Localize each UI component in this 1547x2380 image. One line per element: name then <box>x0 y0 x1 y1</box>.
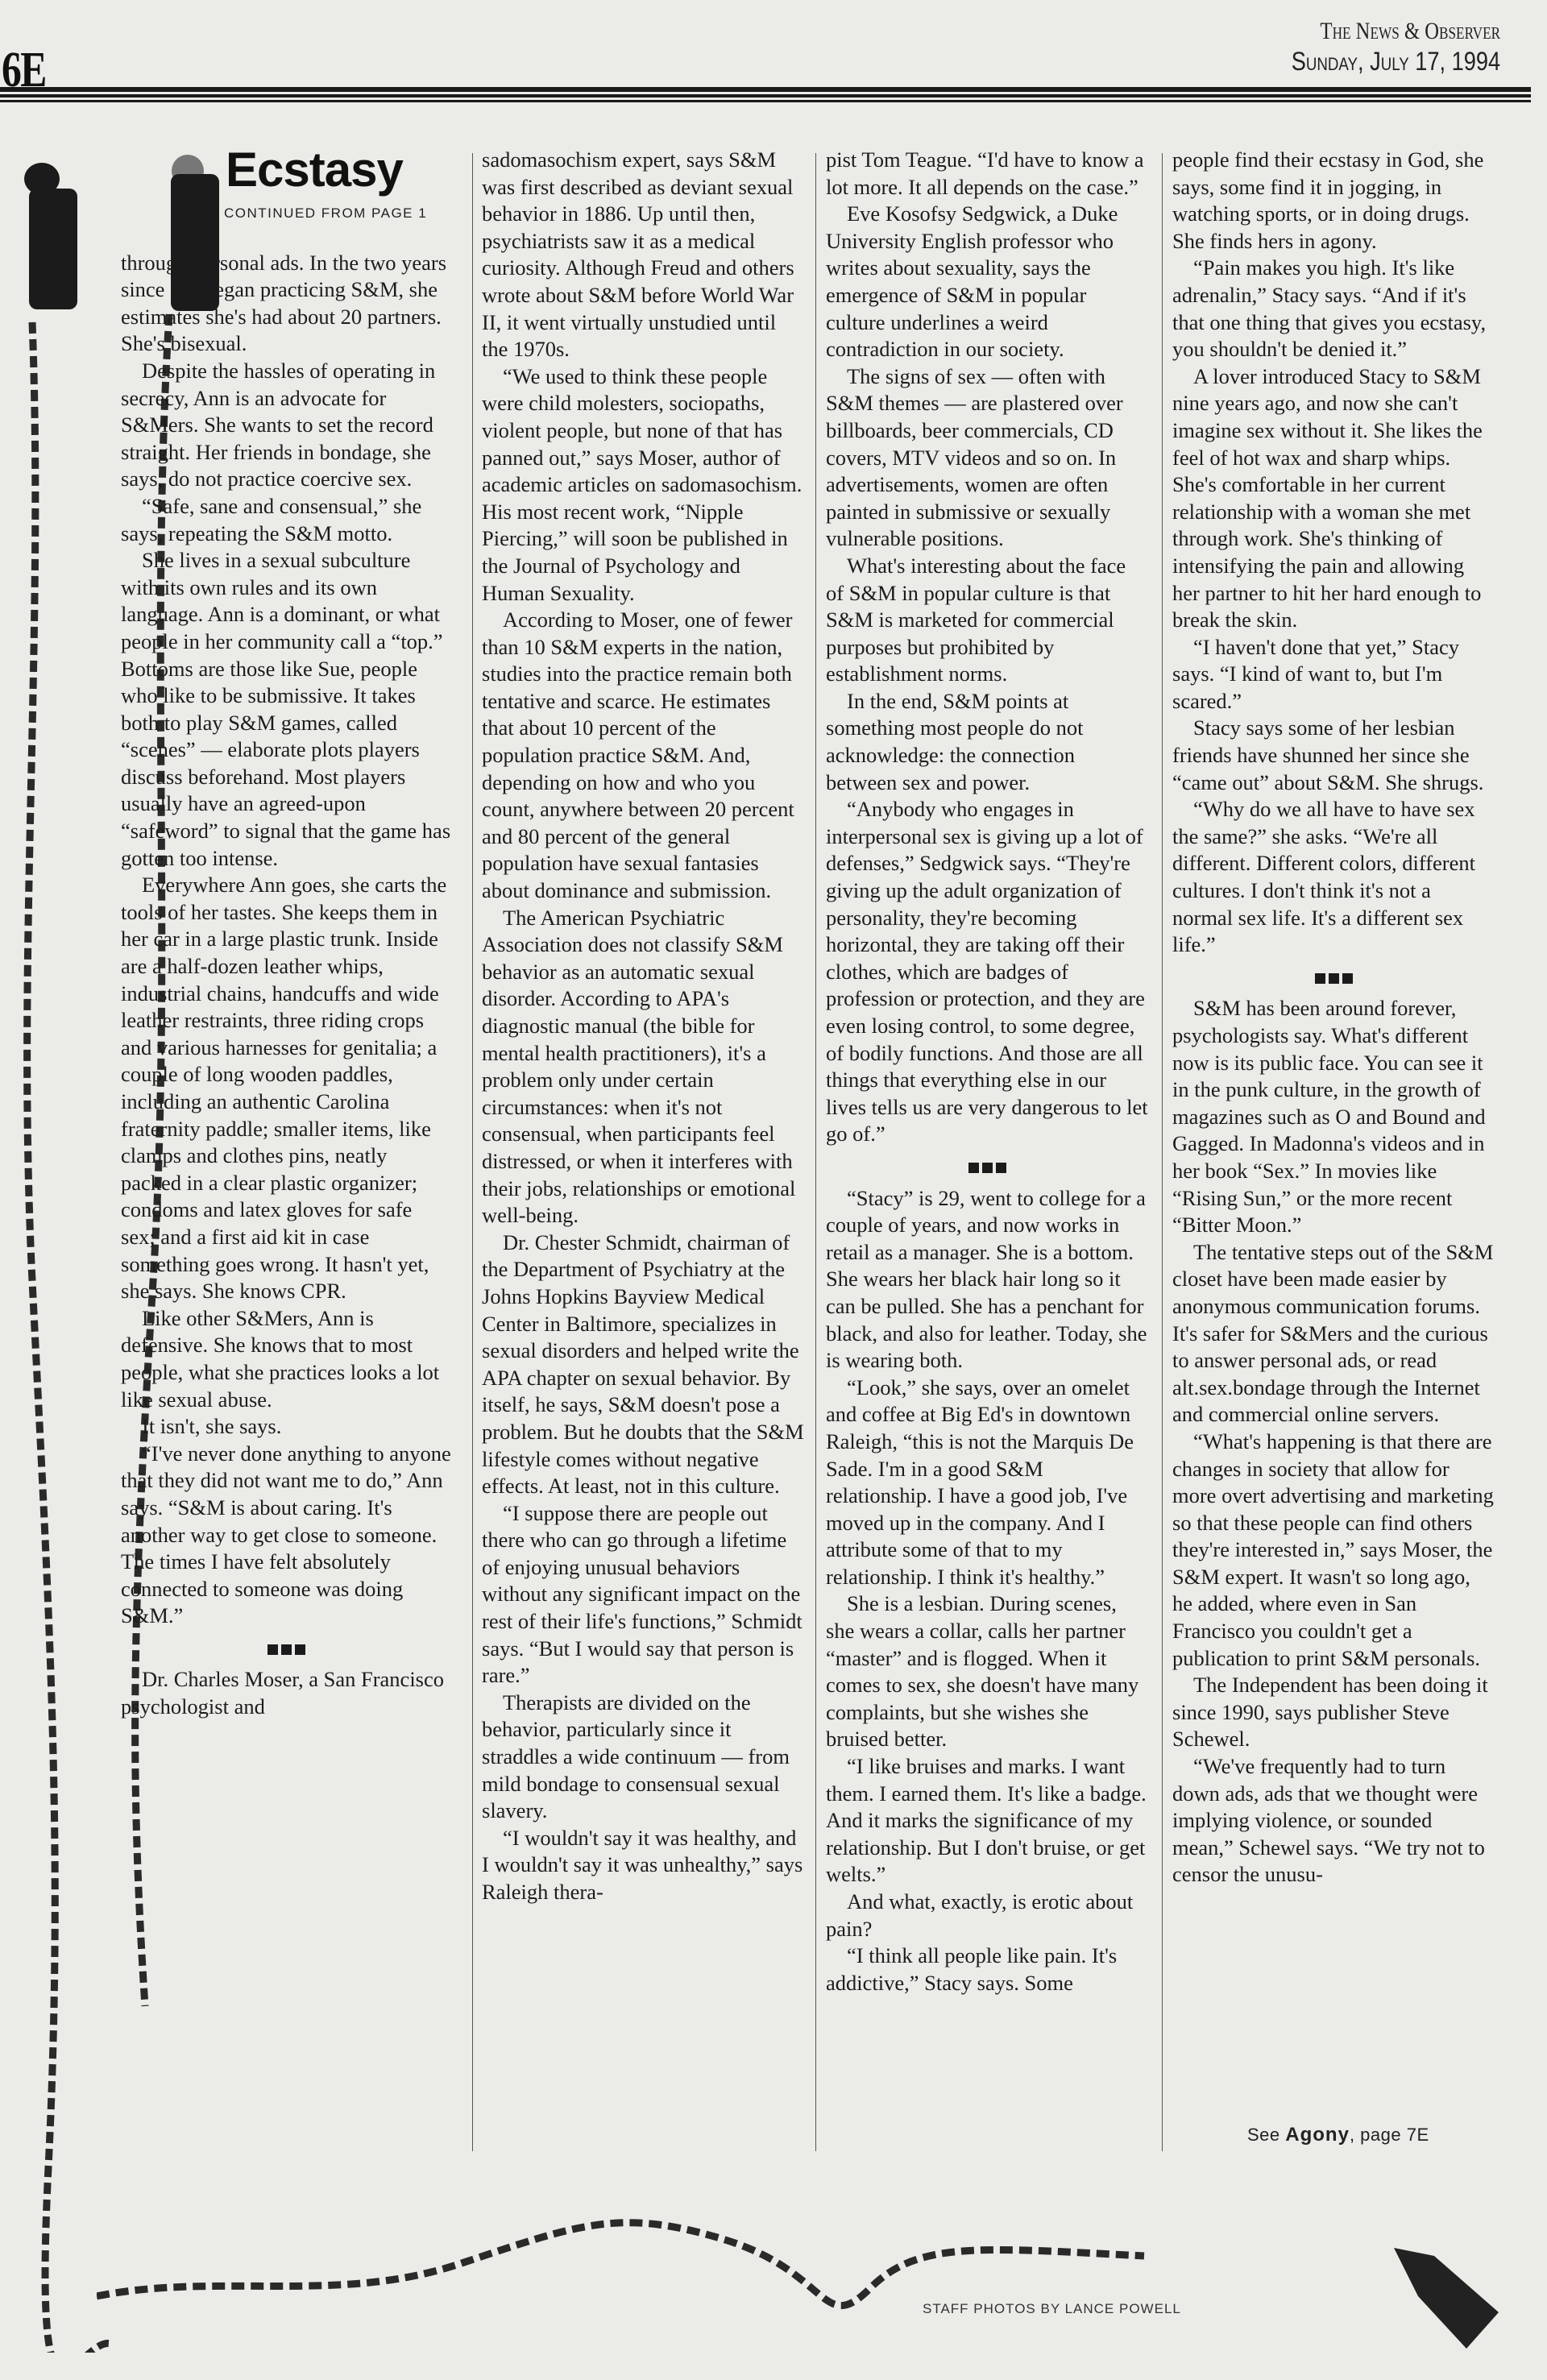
article-paragraph: A lover introduced Stacy to S&M nine yea… <box>1172 363 1495 634</box>
article-column-4: people find their ecstasy in God, she sa… <box>1172 147 1495 1889</box>
bottom-chain-photo <box>97 2175 1515 2369</box>
column-body: through personal ads. In the two years s… <box>121 250 451 1721</box>
article-paragraph: Like other S&Mers, Ann is defensive. She… <box>121 1305 451 1413</box>
article-paragraph: “Pain makes you high. It's like adrenali… <box>1172 255 1495 363</box>
column-rule <box>1162 153 1163 2151</box>
section-break-dingbat <box>121 1635 451 1662</box>
article-paragraph: She is a lesbian. During scenes, she wea… <box>826 1590 1148 1753</box>
article-paragraph: “I wouldn't say it was healthy, and I wo… <box>482 1825 804 1906</box>
jump-prefix: See <box>1247 2125 1280 2145</box>
jump-keyword: Agony <box>1285 2124 1350 2146</box>
article-paragraph: The Independent has been doing it since … <box>1172 1672 1495 1753</box>
article-paragraph: The signs of sex — often with S&M themes… <box>826 363 1148 553</box>
header-rule <box>0 87 1531 108</box>
article-paragraph: In the end, S&M points at something most… <box>826 688 1148 796</box>
article-paragraph: through personal ads. In the two years s… <box>121 250 451 358</box>
article-paragraph: Eve Kosofsy Sedgwick, a Duke University … <box>826 201 1148 363</box>
continued-from-label: CONTINUED FROM PAGE 1 <box>121 200 451 227</box>
article-paragraph: The American Psychiatric Association doe… <box>482 905 804 1229</box>
column-rule <box>815 153 816 2151</box>
jump-line[interactable]: See Agony, page 7E <box>1247 2124 1429 2146</box>
article-paragraph: people find their ecstasy in God, she sa… <box>1172 147 1495 255</box>
article-paragraph: “Stacy” is 29, went to college for a cou… <box>826 1185 1148 1375</box>
article-paragraph: Despite the hassles of operating in secr… <box>121 358 451 493</box>
photo-credit: STAFF PHOTOS BY LANCE POWELL <box>923 2301 1181 2317</box>
article-paragraph: Dr. Chester Schmidt, chairman of the Dep… <box>482 1229 804 1500</box>
article-paragraph: “We used to think these people were chil… <box>482 363 804 607</box>
article-paragraph: It isn't, she says. <box>121 1413 451 1441</box>
article-paragraph: sadomasochism expert, says S&M was first… <box>482 147 804 363</box>
article-paragraph: “What's happening is that there are chan… <box>1172 1428 1495 1672</box>
article-paragraph: “I like bruises and marks. I want them. … <box>826 1753 1148 1889</box>
headline: Ecstasy <box>121 145 451 195</box>
article-paragraph: What's interesting about the face of S&M… <box>826 553 1148 688</box>
article-paragraph: “I've never done anything to anyone that… <box>121 1441 451 1630</box>
section-break-dingbat <box>826 1153 1148 1180</box>
article-paragraph: “I think all people like pain. It's addi… <box>826 1943 1148 1996</box>
article-column-2: sadomasochism expert, says S&M was first… <box>482 147 804 1906</box>
article-paragraph: “I haven't done that yet,” Stacy says. “… <box>1172 634 1495 715</box>
newspaper-name: The News & Observer <box>1299 18 1500 45</box>
jump-suffix: , page 7E <box>1350 2125 1429 2145</box>
article-paragraph: Everywhere Ann goes, she carts the tools… <box>121 872 451 1305</box>
article-paragraph: S&M has been around forever, psychologis… <box>1172 995 1495 1238</box>
article-paragraph: The tentative steps out of the S&M close… <box>1172 1239 1495 1428</box>
article-paragraph: And what, exactly, is erotic about pain? <box>826 1889 1148 1943</box>
article-paragraph: According to Moser, one of fewer than 10… <box>482 607 804 905</box>
article-paragraph: “Look,” she says, over an omelet and cof… <box>826 1375 1148 1591</box>
article-column-1: Ecstasy CONTINUED FROM PAGE 1 through pe… <box>121 145 451 1721</box>
article-paragraph: She lives in a sexual subculture with it… <box>121 547 451 872</box>
article-paragraph: “Why do we all have to have sex the same… <box>1172 796 1495 959</box>
masthead: The News & Observer Sunday, July 17, 199… <box>1255 18 1500 77</box>
article-paragraph: “Safe, sane and consensual,” she says, r… <box>121 493 451 547</box>
issue-date: Sunday, July 17, 1994 <box>1292 47 1500 77</box>
article-paragraph: “We've frequently had to turn down ads, … <box>1172 1753 1495 1889</box>
column-rule <box>472 153 473 2151</box>
article-paragraph: “Anybody who engages in interpersonal se… <box>826 796 1148 1148</box>
article-paragraph: “I suppose there are people out there wh… <box>482 1500 804 1690</box>
article-column-3: pist Tom Teague. “I'd have to know a lot… <box>826 147 1148 1996</box>
article-paragraph: Therapists are divided on the behavior, … <box>482 1690 804 1825</box>
article-paragraph: Stacy says some of her lesbian friends h… <box>1172 715 1495 796</box>
article-paragraph: Dr. Charles Moser, a San Francisco psych… <box>121 1666 451 1720</box>
article-paragraph: pist Tom Teague. “I'd have to know a lot… <box>826 147 1148 201</box>
section-break-dingbat <box>1172 964 1495 991</box>
